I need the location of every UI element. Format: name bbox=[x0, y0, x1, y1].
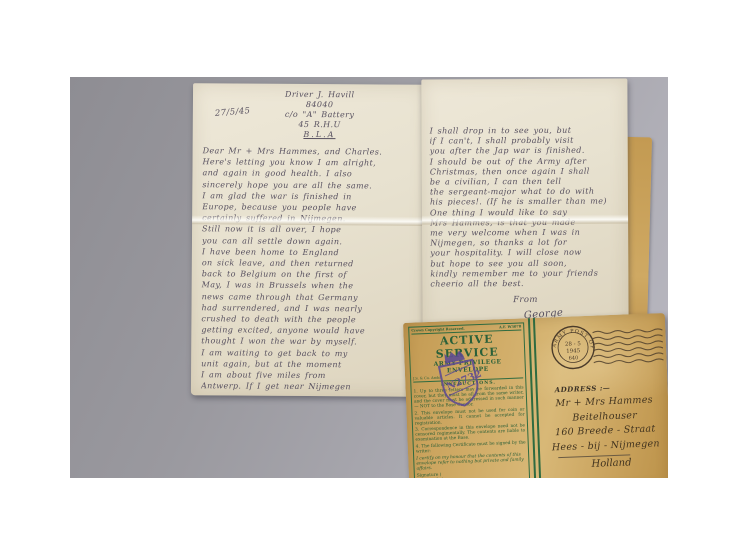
sender-service-number: 84040 bbox=[285, 100, 355, 110]
handwritten-line: cheerio all the best. bbox=[430, 279, 607, 290]
letter-body-page1: Dear Mr + Mrs Hammes, and Charles.Here's… bbox=[201, 145, 382, 393]
sender-name: Driver J. Havill bbox=[285, 90, 355, 100]
recipient-address-block: Mr + Mrs HammesBeitelhouser160 Breede - … bbox=[542, 393, 668, 456]
sender-unit-rhu: 45 R.H.U bbox=[285, 120, 355, 130]
army-post-office-postmark: ARMY POST OFFICE 28 - 5 1945 640 bbox=[549, 324, 597, 376]
active-service-envelope: Crown Copyright Reserved. A.F. W3078 ACT… bbox=[403, 313, 668, 478]
postmark-date-day: 28 - 5 bbox=[565, 341, 582, 348]
handwritten-line: I should be out of the Army after bbox=[430, 156, 607, 167]
letter-date: 27/5/45 bbox=[215, 106, 251, 119]
address-country: Holland bbox=[556, 456, 666, 471]
crown-copyright-text: Crown Copyright Reserved. bbox=[411, 327, 465, 333]
handwritten-line: you after the Jap war is finished. bbox=[430, 146, 607, 157]
sender-unit-bla: B.L.A bbox=[285, 130, 355, 140]
letter-page-2: I shall drop in to see you, butif I can'… bbox=[421, 78, 628, 332]
sender-address-block: Driver J. Havill 84040 c/o "A" Battery 4… bbox=[285, 90, 355, 140]
handwritten-line: Christmas, then once again I shall bbox=[430, 166, 607, 177]
grey-table-background: 27/5/45 Driver J. Havill 84040 c/o "A" B… bbox=[70, 77, 668, 478]
postmark-office-number: 640 bbox=[569, 355, 579, 361]
letter-page-1: 27/5/45 Driver J. Havill 84040 c/o "A" B… bbox=[191, 83, 428, 397]
handwritten-line: kindly remember me to your friends bbox=[430, 268, 607, 279]
postmark-date-year: 1945 bbox=[566, 348, 581, 355]
cancellation-wavy-lines bbox=[592, 327, 664, 372]
photo-of-letter-and-envelope: 27/5/45 Driver J. Havill 84040 c/o "A" B… bbox=[0, 0, 740, 557]
handwritten-line: Still now it is all over, I hope bbox=[202, 224, 382, 236]
letter-body-page2: I shall drop in to see you, butif I can'… bbox=[430, 126, 608, 290]
sender-unit-battery: c/o "A" Battery bbox=[285, 110, 355, 120]
handwritten-line: his pieces!. (If he is smaller than me) bbox=[430, 197, 607, 208]
handwritten-line: and again in good health. I also bbox=[202, 168, 382, 180]
form-number: A.F. W3078 bbox=[499, 324, 521, 329]
address-label: ADDRESS :— bbox=[555, 383, 611, 394]
handwritten-line: thought I won the war by myself. bbox=[201, 336, 381, 348]
handwritten-line: May, I was in Brussels when the bbox=[202, 280, 382, 292]
censor-stamp: N2732 bbox=[432, 346, 489, 418]
handwritten-line: Antwerp. If I get near Nijmegen bbox=[201, 381, 381, 393]
censor-certificate-text: I certify on my honour that the contents… bbox=[416, 452, 526, 471]
handwritten-line: your hospitality. I will close now bbox=[430, 248, 607, 259]
